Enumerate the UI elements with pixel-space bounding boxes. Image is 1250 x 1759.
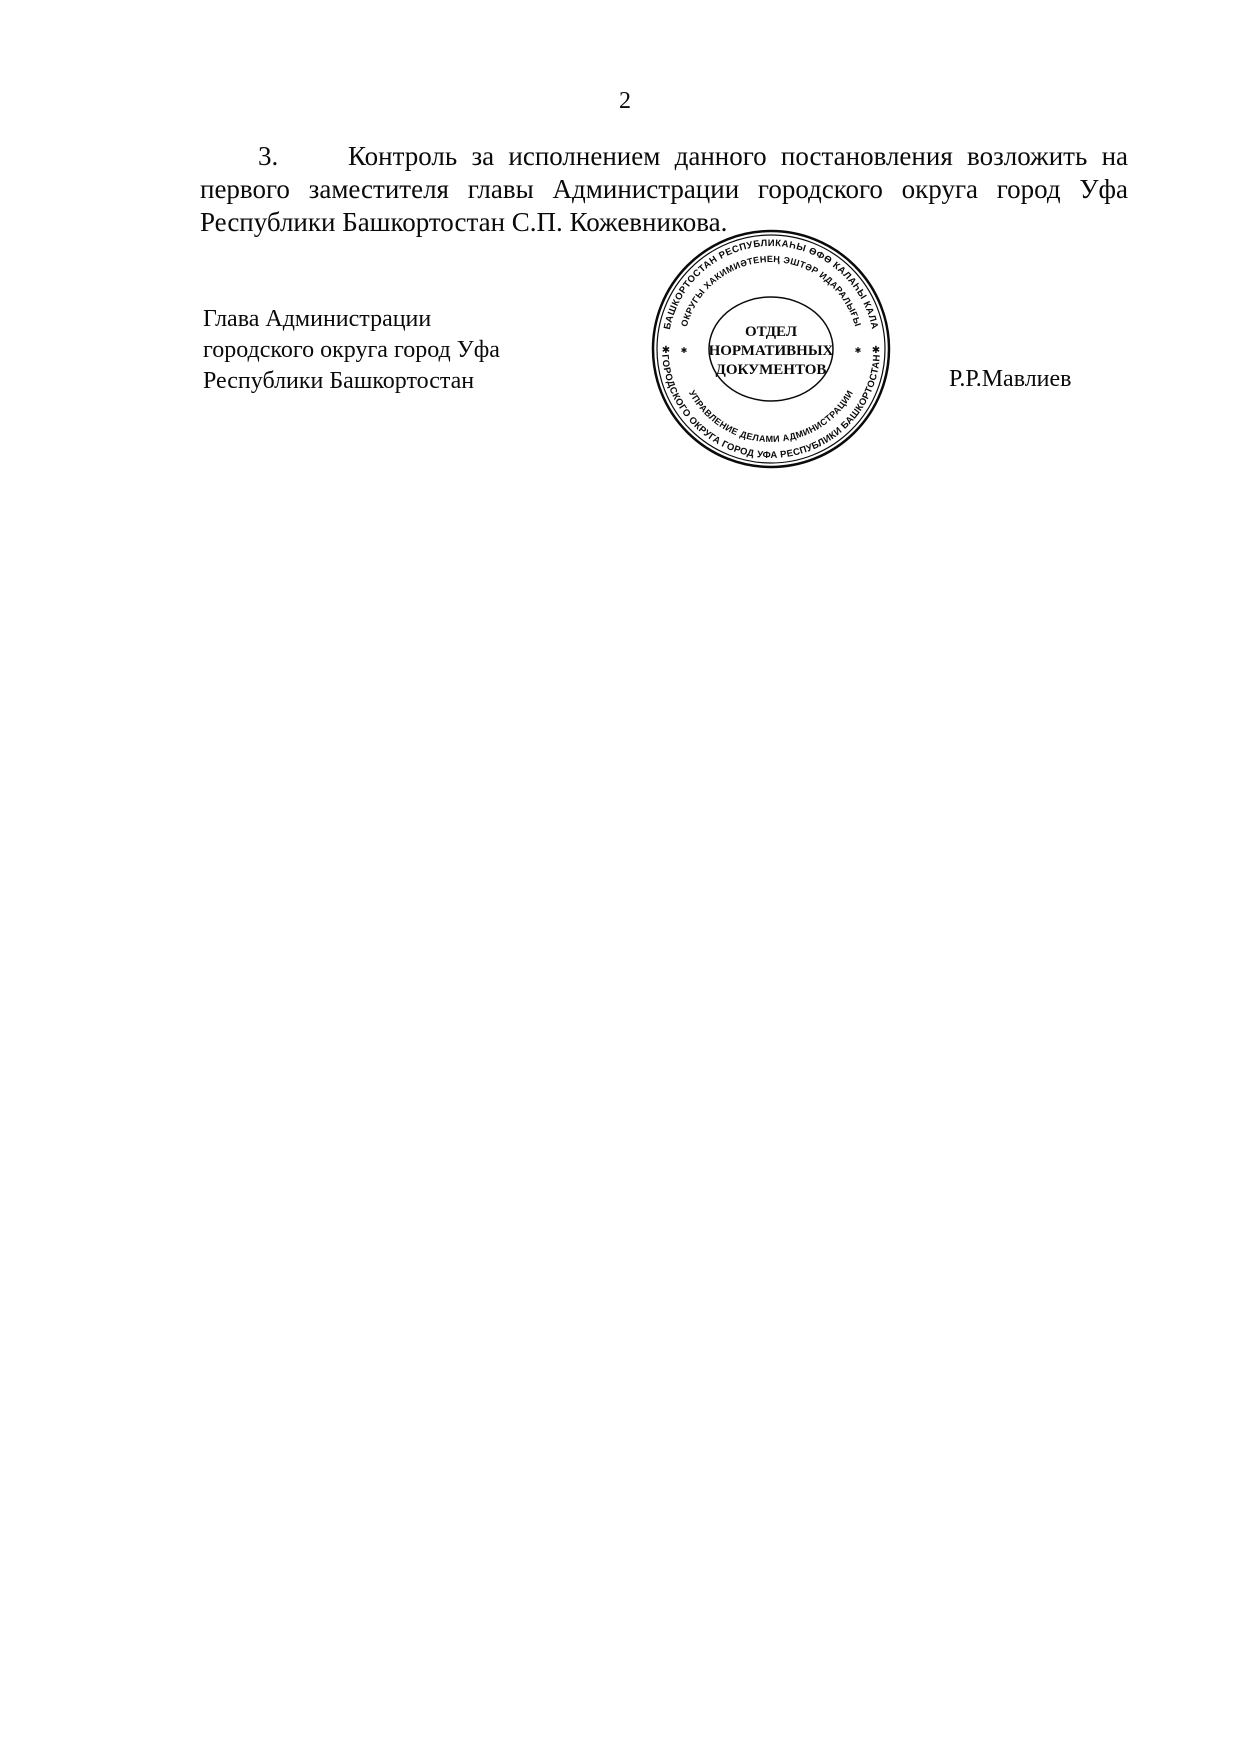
stamp-center-line-3: ДОКУМЕНТОВ	[716, 362, 827, 378]
stamp-center-line-2: НОРМАТИВНЫХ	[709, 343, 834, 359]
stamp-outer-top-text: БАШКОРТОСТАН РЕСПУБЛИКАҺЫ ӨФӨ КАЛАҺЫ КАЛ…	[662, 238, 880, 331]
signer-title-line: Республики Башкортостан	[203, 366, 500, 397]
stamp-seal-icon: БАШКОРТОСТАН РЕСПУБЛИКАҺЫ ӨФӨ КАЛАҺЫ КАЛ…	[650, 228, 892, 470]
paragraph-line-2: первого заместителя главы Администрации …	[200, 173, 1128, 206]
svg-text:✱: ✱	[662, 345, 670, 356]
paragraph-number: 3.	[258, 140, 348, 173]
svg-text:✱: ✱	[872, 345, 880, 356]
stamp-center-line-1: ОТДЕЛ	[745, 324, 797, 340]
paragraph-3: 3.Контроль за исполнением данного постан…	[200, 140, 1128, 239]
official-stamp: БАШКОРТОСТАН РЕСПУБЛИКАҺЫ ӨФӨ КАЛАҺЫ КАЛ…	[650, 228, 892, 470]
signer-title-line: Глава Администрации	[203, 304, 500, 335]
svg-text:✱: ✱	[681, 346, 688, 355]
paragraph-line-1: 3.Контроль за исполнением данного постан…	[200, 140, 1128, 173]
page-number: 2	[0, 88, 1250, 115]
signer-name: Р.Р.Мавлиев	[949, 366, 1072, 393]
signer-title-line: городского округа город Уфа	[203, 335, 500, 366]
signer-title: Глава Администрации городского округа го…	[203, 304, 500, 397]
svg-text:✱: ✱	[855, 346, 862, 355]
svg-text:БАШКОРТОСТАН РЕСПУБЛИКАҺЫ ӨФӨ: БАШКОРТОСТАН РЕСПУБЛИКАҺЫ ӨФӨ КАЛАҺЫ КАЛ…	[662, 238, 880, 331]
